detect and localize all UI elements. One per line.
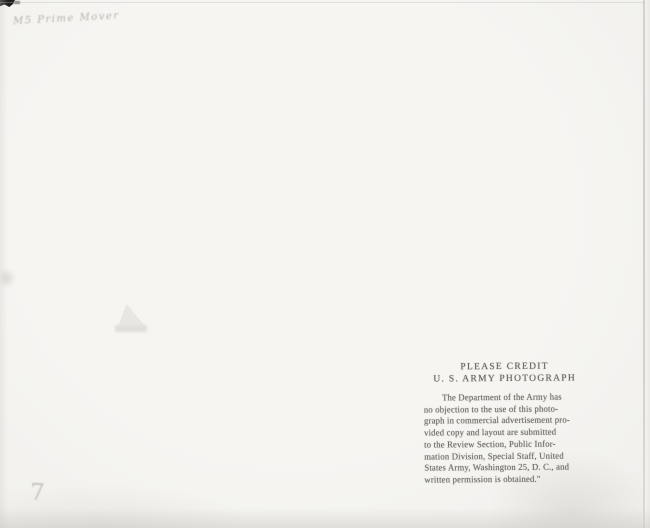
stamp-body: The Department of the Army has no object…	[424, 391, 580, 486]
handwritten-note: M5 Prime Mover	[13, 10, 133, 27]
photo-verso-scan: M5 Prime Mover PLEASE CREDIT U. S. ARMY …	[0, 0, 650, 528]
stamp-body-line: The Department of the Army has	[424, 391, 580, 404]
top-edge-line	[0, 2, 650, 3]
smudge-triangle	[118, 304, 145, 326]
stamp-body-line: written permission is obtained."	[424, 473, 580, 486]
bottom-edge-shadow	[0, 508, 650, 528]
credit-stamp: PLEASE CREDIT U. S. ARMY PHOTOGRAPH The …	[424, 361, 587, 486]
stamp-body-line: States Army, Washington 25, D. C., and	[424, 462, 580, 475]
page-number-note: 7	[30, 480, 46, 506]
paper-edge-strip	[645, 0, 650, 528]
edge-smudge	[0, 268, 16, 288]
smudge-band	[115, 325, 147, 332]
stamp-body-line: vided copy and layout are submitted	[424, 427, 580, 440]
left-edge-shade	[0, 0, 8, 528]
stamp-heading-line-2: U. S. ARMY PHOTOGRAPH	[424, 373, 586, 386]
